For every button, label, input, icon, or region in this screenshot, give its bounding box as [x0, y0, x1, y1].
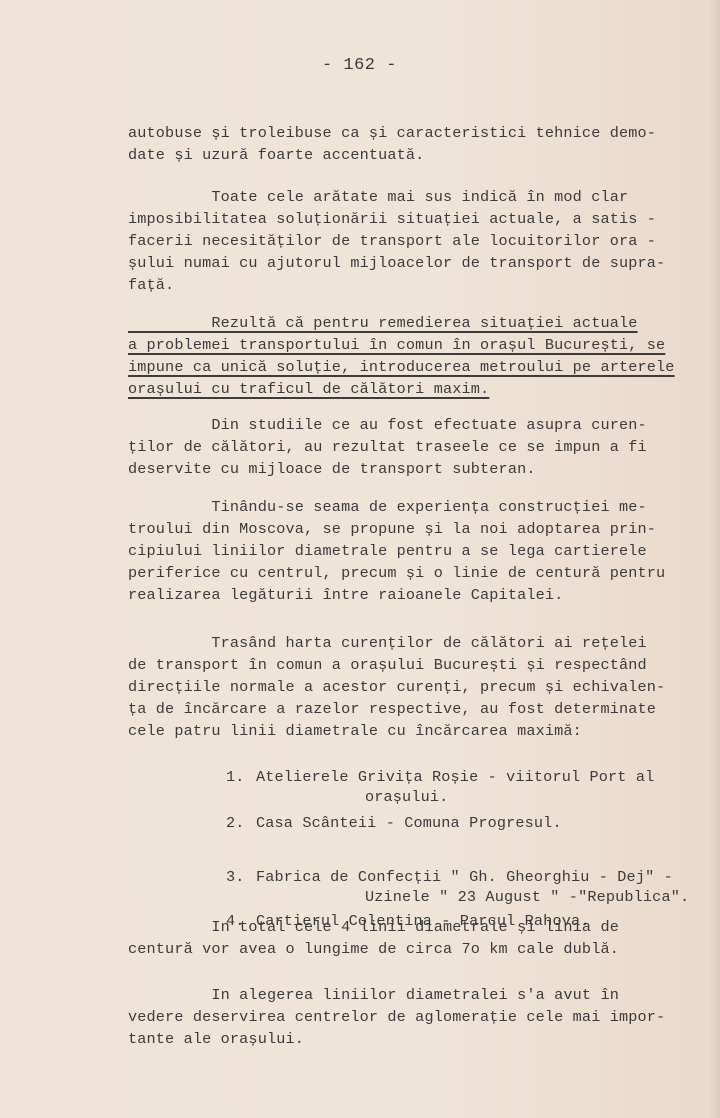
text-line: ța de încărcare a razelor respective, au…	[128, 698, 713, 720]
text-line: vedere deservirea centrelor de aglomeraț…	[128, 1006, 713, 1028]
text-line: impune ca unică soluție, introducerea me…	[128, 356, 713, 378]
paragraph: Rezultă că pentru remedierea situației a…	[128, 312, 713, 400]
text-line: cele patru linii diametrale cu încărcare…	[128, 720, 713, 742]
text-line: Toate cele arătate mai sus indică în mod…	[128, 186, 713, 208]
paragraph: Din studiile ce au fost efectuate asupra…	[128, 414, 713, 480]
text-line: direcțiile normale a acestor curenți, pr…	[128, 676, 713, 698]
text-line: de transport în comun a orașului Bucureș…	[128, 654, 713, 676]
text-line: periferice cu centrul, precum și o linie…	[128, 562, 713, 584]
text-line: orașului cu traficul de călători maxim.	[128, 378, 713, 400]
list-item-text: Atelierele Grivița Roșie - viitorul Port…	[256, 766, 654, 788]
paragraph: Tinându-se seama de experiența construcț…	[128, 496, 713, 606]
text-line: Din studiile ce au fost efectuate asupra…	[128, 414, 713, 436]
paragraph: Trasând harta curenților de călători ai …	[128, 632, 713, 742]
text-line: Trasând harta curenților de călători ai …	[128, 632, 713, 654]
text-line: Tinându-se seama de experiența construcț…	[128, 496, 713, 518]
text-line: facerii necesităților de transport ale l…	[128, 230, 713, 252]
paragraph: Toate cele arătate mai sus indică în mod…	[128, 186, 713, 296]
text-line: față.	[128, 274, 713, 296]
page-number: - 162 -	[322, 56, 397, 75]
text-line: deservite cu mijloace de transport subte…	[128, 458, 713, 480]
list-item-text: Fabrica de Confecții " Gh. Gheorghiu - D…	[256, 866, 673, 888]
paragraph: autobuse și troleibuse ca și caracterist…	[128, 122, 713, 166]
text-line: realizarea legăturii între raioanele Cap…	[128, 584, 713, 606]
text-line: tante ale orașului.	[128, 1028, 713, 1050]
text-line: a problemei transportului în comun în or…	[128, 334, 713, 356]
text-line: șului numai cu ajutorul mijloacelor de t…	[128, 252, 713, 274]
text-line: date și uzură foarte accentuată.	[128, 144, 713, 166]
text-line: ților de călători, au rezultat traseele …	[128, 436, 713, 458]
document-page: - 162 - autobuse și troleibuse ca și car…	[0, 0, 720, 1118]
list-item-number: 2.	[226, 812, 245, 834]
list-item-number: 1.	[226, 766, 245, 788]
text-line: autobuse și troleibuse ca și caracterist…	[128, 122, 713, 144]
text-line: cipiului liniilor diametrale pentru a se…	[128, 540, 713, 562]
text-line: centură vor avea o lungime de circa 7o k…	[128, 938, 713, 960]
paragraph: In alegerea liniilor diametralei s'a avu…	[128, 984, 713, 1050]
text-line: In total cele 4 linii diametrale și lini…	[128, 916, 713, 938]
text-line: Rezultă că pentru remedierea situației a…	[128, 312, 713, 334]
text-line: In alegerea liniilor diametralei s'a avu…	[128, 984, 713, 1006]
text-line: imposibilitatea soluționării situației a…	[128, 208, 713, 230]
list-item-text: orașului.	[365, 786, 448, 808]
list-item-number: 3.	[226, 866, 245, 888]
list-item-text: Uzinele " 23 August " -"Republica".	[365, 886, 689, 908]
text-line: troului din Moscova, se propune și la no…	[128, 518, 713, 540]
paragraph: In total cele 4 linii diametrale și lini…	[128, 916, 713, 960]
list-item-text: Casa Scânteii - Comuna Progresul.	[256, 812, 562, 834]
